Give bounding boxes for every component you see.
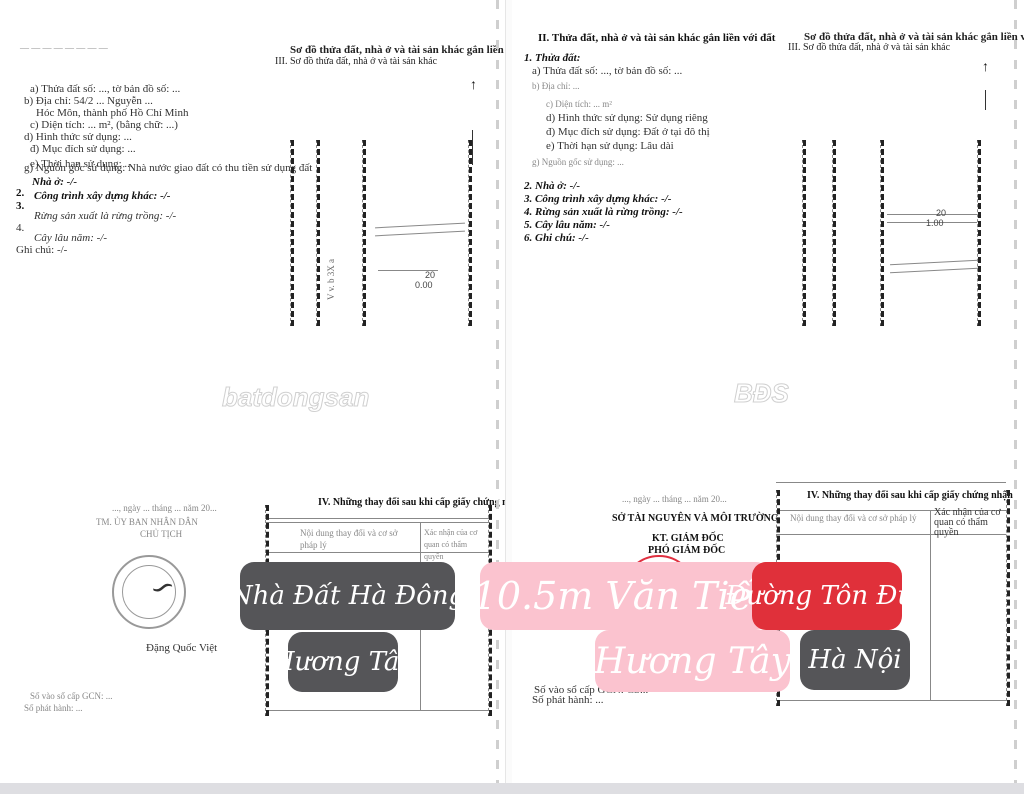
right-body-line-9: g) Nguồn gốc sử dụng: ...: [532, 156, 624, 168]
watermark-logo: batdongsan: [222, 382, 369, 413]
banner-left-line1: Nhà Đất Hà Đông: [240, 562, 455, 630]
left-header-line-2: III. Sơ đồ thửa đất, nhà ở và tài sản kh…: [275, 56, 437, 67]
left-section-2: 2.: [16, 187, 24, 199]
left-sign-authority-2: CHỦ TỊCH: [140, 528, 182, 540]
left-body-line-12: Cây lâu năm: -/-: [34, 232, 107, 244]
right-sign-authority-1: SỞ TÀI NGUYÊN VÀ MÔI TRƯỜNG: [612, 513, 779, 525]
north-arrow-icon: ↑: [470, 78, 477, 94]
left-page-edge: [496, 0, 499, 794]
plot-boundary-2: [316, 140, 320, 326]
plot-r-dim-1: 20: [936, 208, 946, 218]
certificate-page-left: Sơ đồ thửa đất, nhà ở và tài sản khác gắ…: [0, 0, 505, 794]
right-body-line-4: b) Địa chỉ: ...: [532, 80, 580, 92]
right-body-line-8: e) Thời hạn sử dụng: Lâu dài: [546, 140, 674, 152]
right-sign-date: ..., ngày ... tháng ... năm 20...: [622, 493, 727, 505]
right-body-line-6: d) Hình thức sử dụng: Sử dụng riêng: [546, 112, 708, 124]
right-body-line-2: 1. Thửa đất:: [524, 52, 580, 64]
left-table-col-1: Nội dung thay đổi và cơ sở pháp lý: [300, 527, 410, 551]
right-body-line-7: đ) Mục đích sử dụng: Đất ở tại đô thị: [546, 126, 710, 138]
left-body-line-4: c) Diện tích: ... m², (bằng chữ: ...): [30, 119, 178, 131]
right-sign-authority-2: KT. GIÁM ĐỐC: [652, 533, 724, 545]
left-table-rule-4: [265, 710, 490, 711]
left-table-col-2: Xác nhận của cơ quan có thẩm quyền: [424, 527, 484, 563]
plot-r-boundary-2: [832, 140, 836, 326]
plot-r-boundary-3: [880, 140, 884, 326]
right-changes-title: IV. Những thay đổi sau khi cấp giấy chứn…: [807, 490, 1013, 502]
plot-r-boundary-4: [977, 140, 981, 326]
watermark-logo-right: BĐS: [734, 378, 789, 409]
right-body-line-3: a) Thửa đất số: ..., tờ bản đồ số: ...: [532, 65, 682, 77]
banner-left-line2: Hương Tây: [288, 632, 398, 692]
right-table-vrule-3: [1006, 490, 1010, 706]
left-section-3: 3.: [16, 200, 24, 212]
left-header-line-1: Sơ đồ thửa đất, nhà ở và tài sản khác gắ…: [290, 44, 505, 56]
right-table-rule-0: [776, 482, 1006, 483]
right-header-line-2: III. Sơ đồ thửa đất, nhà ở và tài sản kh…: [788, 42, 950, 53]
plot-dim-1: 20: [425, 270, 435, 280]
plot-line-1: [375, 223, 465, 229]
left-body-line-6: đ) Mục đích sử dụng: ...: [30, 143, 136, 155]
left-faint-line: — — — — — — — —: [20, 42, 108, 54]
plot-boundary-4: [468, 140, 472, 326]
plot-r-line-1: [887, 214, 977, 215]
left-body-line-1: a) Thửa đất số: ..., tờ bản đồ số: ...: [30, 83, 180, 95]
left-footer-2: Số phát hành: ...: [24, 702, 83, 714]
left-body-line-13: Ghi chú: -/-: [16, 244, 67, 256]
left-sign-authority-1: TM. ỦY BAN NHÂN DÂN: [96, 516, 198, 528]
left-signer-name: Đặng Quốc Việt: [146, 642, 217, 654]
right-body-line-11: 3. Công trình xây dựng khác: -/-: [524, 193, 671, 205]
plot-r-dim-2: 1.00: [926, 218, 944, 228]
right-body-line-5: c) Diện tích: ... m²: [546, 98, 612, 110]
right-footer-2: Số phát hành: ...: [532, 694, 604, 706]
banner-right-line2: Hà Nội: [800, 630, 910, 690]
plot-dim-2: 0.00: [415, 280, 433, 290]
right-table-col-1: Nội dung thay đổi và cơ sở pháp lý: [790, 512, 920, 524]
plot-boundary-3: [362, 140, 366, 326]
left-footer-1: Số vào sổ cấp GCN: ...: [30, 690, 113, 702]
plot-r-boundary-1: [802, 140, 806, 326]
plot-marker: [472, 130, 473, 165]
left-changes-title: IV. Những thay đổi sau khi cấp giấy chứn…: [318, 497, 505, 509]
left-body-line-8: g) Nguồn gốc sử dụng: Nhà nước giao đất …: [24, 162, 312, 174]
right-body-line-13: 5. Cây lâu năm: -/-: [524, 219, 610, 231]
banner-center-line2: Hương Tây: [595, 630, 790, 692]
left-body-line-5: d) Hình thức sử dụng: ...: [24, 131, 132, 143]
right-page-edge: [1014, 0, 1017, 794]
plot-r-line-4: [890, 268, 978, 274]
left-body-line-3: Hóc Môn, thành phố Hồ Chí Minh: [36, 107, 188, 119]
plot-boundary-1: [290, 140, 294, 326]
right-table-col-2: Xác nhận của cơ quan có thẩm quyền: [934, 508, 1004, 538]
plot-line-2: [375, 231, 465, 237]
right-table-rule-3: [776, 700, 1006, 701]
right-table-vrule-2: [930, 510, 931, 700]
right-body-line-12: 4. Rừng sản xuất là rừng trồng: -/-: [524, 206, 683, 218]
right-body-line-10: 2. Nhà ở: -/-: [524, 180, 580, 192]
left-table-rule-2: [265, 522, 490, 523]
right-body-line-14: 6. Ghi chú: -/-: [524, 232, 589, 244]
plot-road-label: V v. b 3X a: [326, 200, 336, 300]
left-sign-date: ..., ngày ... tháng ... năm 20...: [112, 502, 217, 514]
left-body-line-10: Công trình xây dựng khác: -/-: [34, 190, 170, 202]
plot-marker-right: [985, 90, 986, 110]
left-body-line-11: Rừng sản xuất là rừng trồng: -/-: [34, 210, 176, 222]
banner-right-line1: Đường Tôn Đức: [752, 562, 902, 630]
left-body-line-9: Nhà ở: -/-: [32, 176, 77, 188]
left-table-rule-1: [265, 518, 490, 519]
right-body-line-1: II. Thửa đất, nhà ở và tài sản khác gắn …: [538, 32, 775, 44]
left-body-line-2: b) Địa chỉ: 54/2 ... Nguyễn ...: [24, 95, 153, 107]
plot-r-line-3: [890, 260, 978, 266]
left-section-4: 4.: [16, 222, 24, 234]
north-arrow-icon-right: ↑: [982, 60, 989, 76]
viewer-bottom-bar: [0, 783, 1024, 794]
